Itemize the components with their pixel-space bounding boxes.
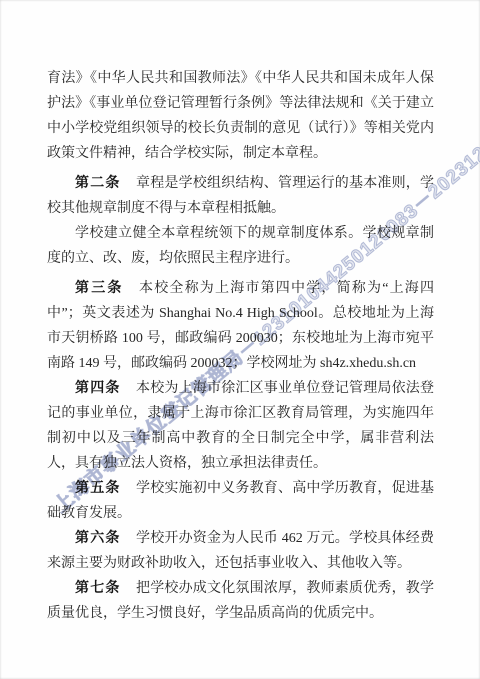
article-number: 第七条 bbox=[75, 581, 121, 596]
article-number: 第五条 bbox=[75, 481, 121, 496]
article-number: 第四条 bbox=[75, 381, 121, 396]
document-paragraph: 学校建立健全本章程统领下的规章制度体系。学校规章制度的立、改、废，均依照民主程序… bbox=[47, 221, 434, 271]
document-page: 上海市事业单位登记管理局－123101044250120083－20231213… bbox=[0, 0, 480, 679]
page-number: 2 bbox=[0, 604, 480, 619]
document-paragraph: 第五条学校实施初中义务教育、高中学历教育，促进基础教育发展。 bbox=[47, 476, 434, 526]
document-paragraph: 第四条本校为上海市徐汇区事业单位登记管理局依法登记的事业单位，隶属于上海市徐汇区… bbox=[47, 376, 434, 476]
document-paragraph: 第三条本校全称为上海市第四中学，简称为“上海四中”；英文表述为 Shanghai… bbox=[47, 276, 434, 376]
document-paragraph: 第六条学校开办资金为人民币 462 万元。学校具体经费来源主要为财政补助收入，还… bbox=[47, 526, 434, 576]
article-number: 第三条 bbox=[75, 281, 124, 296]
document-paragraph: 第二条章程是学校组织结构、管理运行的基本准则，学校其他规章制度不得与本章程相抵触… bbox=[47, 171, 434, 221]
paragraph-text: 学校建立健全本章程统领下的规章制度体系。学校规章制度的立、改、废，均依照民主程序… bbox=[47, 226, 434, 266]
article-number: 第六条 bbox=[75, 531, 121, 546]
article-number: 第二条 bbox=[75, 176, 121, 191]
document-paragraph: 育法》《中华人民共和国教师法》《中华人民共和国未成年人保护法》《事业单位登记管理… bbox=[47, 66, 434, 166]
paragraph-text: 育法》《中华人民共和国教师法》《中华人民共和国未成年人保护法》《事业单位登记管理… bbox=[47, 71, 434, 161]
document-body: 育法》《中华人民共和国教师法》《中华人民共和国未成年人保护法》《事业单位登记管理… bbox=[47, 66, 434, 626]
